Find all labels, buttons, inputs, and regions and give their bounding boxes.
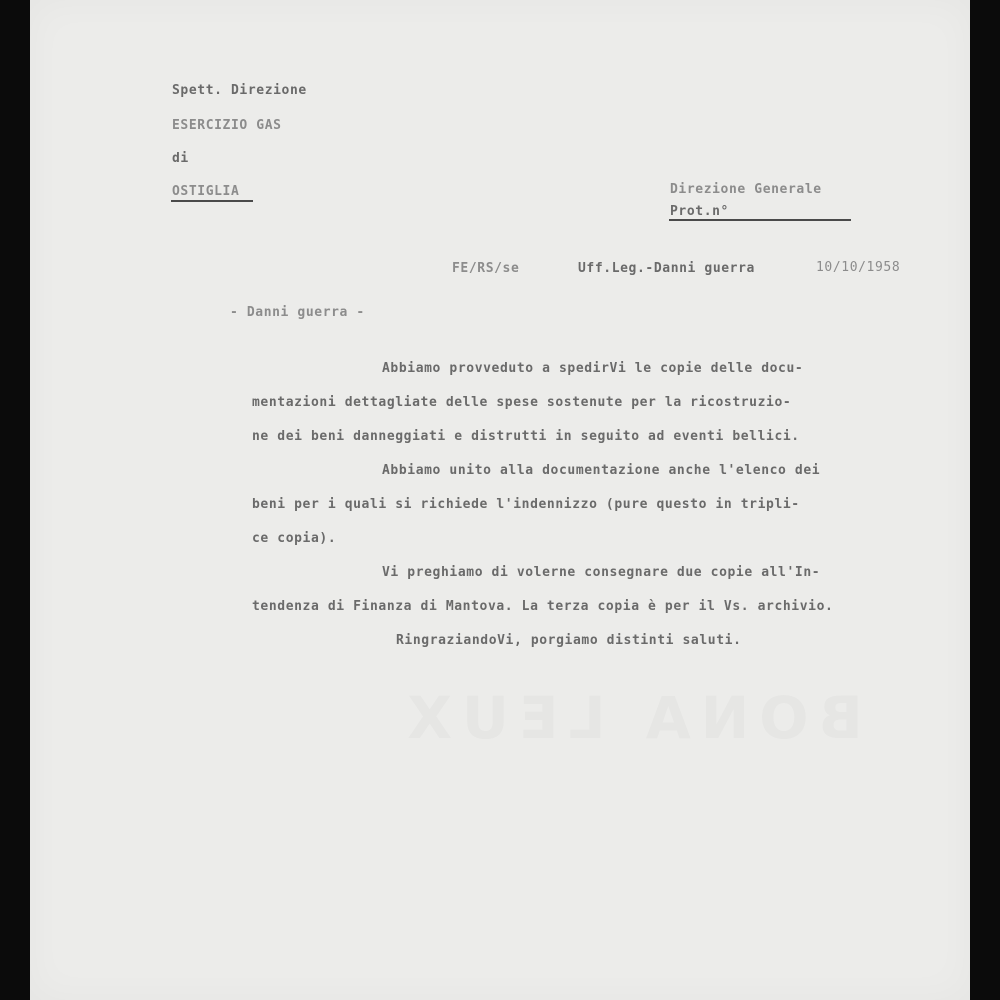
show-through-watermark: BONA LEUX [340,668,920,768]
recipient-line-3: di [172,152,189,165]
subject-line: - Danni guerra - [230,306,365,319]
body-line-1: Abbiamo provveduto a spedirVi le copie d… [382,362,803,375]
sender-line-1: Direzione Generale [670,183,822,196]
reference-initials: FE/RS/se [452,262,519,275]
protocol-label: Prot.n° [670,205,729,218]
body-line-2: mentazioni dettagliate delle spese soste… [252,396,791,409]
recipient-city-underline [171,200,253,202]
recipient-city: OSTIGLIA [172,185,239,198]
body-line-5: beni per i quali si richiede l'indennizz… [252,498,800,511]
reference-office: Uff.Leg.-Danni guerra [578,262,755,275]
body-line-7: Vi preghiamo di volerne consegnare due c… [382,566,820,579]
body-line-3: ne dei beni danneggiati e distrutti in s… [252,430,800,443]
protocol-underline [669,219,851,221]
recipient-line-1: Spett. Direzione [172,84,307,97]
letter-page: BONA LEUX Spett. Direzione ESERCIZIO GAS… [30,0,970,1000]
body-line-8: tendenza di Finanza di Mantova. La terza… [252,600,833,613]
reference-date: 10/10/1958 [816,261,900,274]
body-line-4: Abbiamo unito alla documentazione anche … [382,464,820,477]
body-line-6: ce copia). [252,532,336,545]
recipient-line-2: ESERCIZIO GAS [172,119,282,132]
closing-line: RingraziandoVi, porgiamo distinti saluti… [396,634,742,647]
